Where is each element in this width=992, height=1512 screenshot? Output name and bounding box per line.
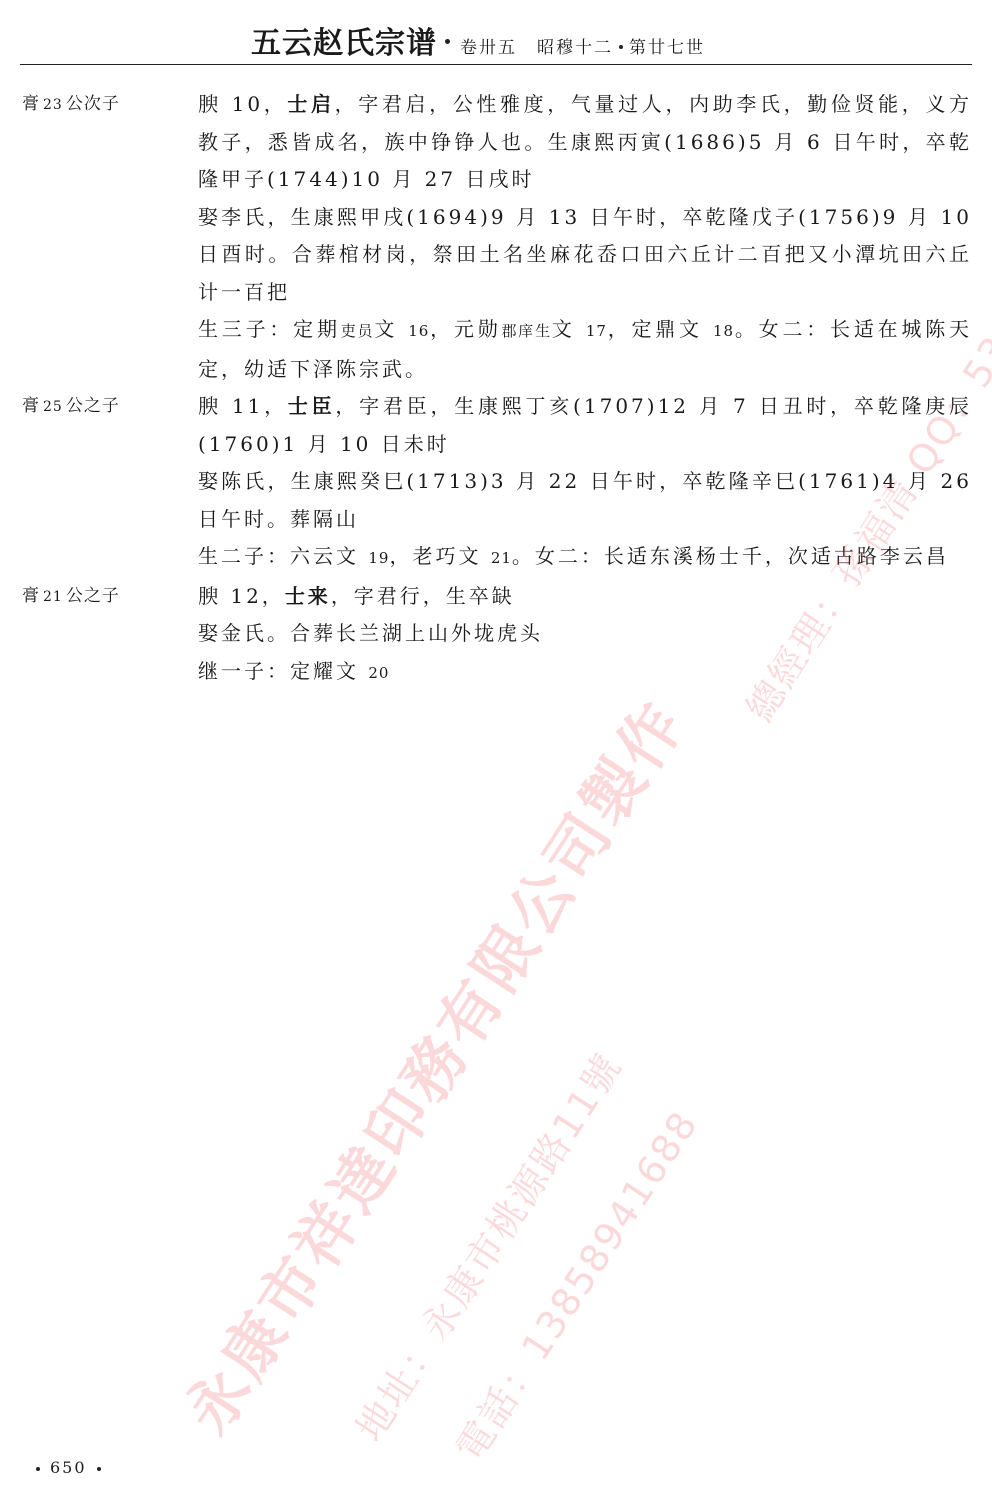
- entry-text: 腴 11，: [198, 394, 288, 418]
- watermark-company: 永康市祥達印務有限公司製作: [160, 680, 702, 1448]
- entry-text: 腴 12，: [198, 584, 285, 608]
- relation-label: 公次子: [66, 94, 120, 114]
- section-label: 昭穆十二: [537, 38, 613, 58]
- entry-paragraph: 腴 11，士臣，字君臣，生康熙丁亥(1707)12 月 7 日丑时，卒乾隆庚辰(…: [198, 388, 972, 463]
- entry-paragraph: 生二子：六云文 19，老巧文 21。女二：长适东溪杨士千，次适古路李云昌: [198, 538, 972, 578]
- entry-text: 21: [491, 549, 512, 567]
- parent-generation-char: 膏: [22, 396, 40, 416]
- relation-label: 公之子: [66, 396, 120, 416]
- person-name: 士启: [287, 92, 334, 116]
- entry-parent-label: 膏25公之子: [0, 388, 198, 578]
- entry-parent-label: 膏21公之子: [0, 578, 198, 693]
- entry-text: 。女二：长适东溪杨士千，次适古路李云昌: [512, 544, 949, 568]
- entry-paragraph: 腴 12，士来，字君行，生卒缺: [198, 578, 972, 616]
- entry-text: 16: [408, 322, 429, 340]
- entry-text: 17: [586, 322, 607, 340]
- entry-paragraph: 腴 10，士启，字君启，公性雅度，气量过人，内助李氏，勤俭贤能，义方教子，悉皆成…: [198, 86, 972, 199]
- book-title: 五云赵氏宗谱: [251, 26, 437, 61]
- entry-body: 腴 12，士来，字君行，生卒缺娶金氏。合葬长兰湖上山外垅虎头继一子：定耀文 20: [198, 578, 972, 693]
- person-name: 士来: [285, 584, 331, 608]
- parent-generation-char: 膏: [22, 94, 40, 114]
- entry-paragraph: 继一子：定耀文 20: [198, 653, 972, 693]
- page-header: 五云赵氏宗谱卷卅五昭穆十二第廿七世: [0, 18, 992, 64]
- entry-text: ，老巧文: [389, 544, 490, 568]
- watermark-address: 地址：永康市桃源路11號: [340, 1041, 632, 1450]
- entry-text: 娶金氏。合葬长兰湖上山外垅虎头: [198, 621, 543, 645]
- entry-text: 娶李氏，生康熙甲戌(1694)9 月 13 日午时，卒乾隆戊子(1756)9 月…: [198, 205, 972, 304]
- genealogy-entry: 膏21公之子腴 12，士来，字君行，生卒缺娶金氏。合葬长兰湖上山外垅虎头继一子：…: [0, 578, 992, 693]
- parent-number: 25: [43, 399, 63, 415]
- entry-text: ，元勋: [429, 317, 501, 341]
- entry-paragraph: 生三子：定期吏员文 16，元勋郡庠生文 17，定鼎文 18。女二：长适在城陈天定…: [198, 311, 972, 388]
- entry-text: 郡庠生: [502, 322, 552, 340]
- entry-text: 吏员: [341, 322, 375, 340]
- entry-text: ，定鼎文: [607, 317, 713, 341]
- entry-body: 腴 11，士臣，字君臣，生康熙丁亥(1707)12 月 7 日丑时，卒乾隆庚辰(…: [198, 388, 972, 578]
- genealogy-entries: 膏23公次子腴 10，士启，字君启，公性雅度，气量过人，内助李氏，勤俭贤能，义方…: [0, 86, 992, 692]
- header-sub-dot: [619, 45, 623, 49]
- entry-paragraph: 娶李氏，生康熙甲戌(1694)9 月 13 日午时，卒乾隆戊子(1756)9 月…: [198, 199, 972, 312]
- entry-text: 18: [713, 322, 734, 340]
- watermark-phone: 電話：13858941688: [440, 1098, 708, 1470]
- entry-text: 娶陈氏，生康熙癸巳(1713)3 月 22 日午时，卒乾隆辛巳(1761)4 月…: [198, 469, 972, 531]
- footer-dot-right: [97, 1467, 101, 1471]
- header-separator-dot: [445, 39, 450, 44]
- entry-body: 腴 10，士启，字君启，公性雅度，气量过人，内助李氏，勤俭贤能，义方教子，悉皆成…: [198, 86, 972, 388]
- entry-text: 文: [374, 317, 408, 341]
- generation-label: 第廿七世: [629, 38, 705, 58]
- person-name: 士臣: [288, 394, 336, 418]
- entry-text: 19: [368, 549, 389, 567]
- parent-number: 21: [43, 589, 63, 605]
- entry-text: 20: [368, 664, 389, 682]
- parent-number: 23: [43, 97, 63, 113]
- entry-text: 腴 10，: [198, 92, 287, 116]
- footer-dot-left: [36, 1467, 40, 1471]
- entry-text: ，字君行，生卒缺: [331, 584, 515, 608]
- page-number: 650: [50, 1458, 87, 1477]
- parent-generation-char: 膏: [22, 586, 40, 606]
- header-rule: [20, 64, 972, 65]
- genealogy-entry: 膏23公次子腴 10，士启，字君启，公性雅度，气量过人，内助李氏，勤俭贤能，义方…: [0, 86, 992, 388]
- entry-text: 生二子：六云文: [198, 544, 368, 568]
- entry-paragraph: 娶陈氏，生康熙癸巳(1713)3 月 22 日午时，卒乾隆辛巳(1761)4 月…: [198, 463, 972, 538]
- entry-paragraph: 娶金氏。合葬长兰湖上山外垅虎头: [198, 615, 972, 653]
- entry-text: 继一子：定耀文: [198, 659, 368, 683]
- page-number-footer: 650: [36, 1458, 111, 1477]
- volume-label: 卷卅五: [460, 38, 517, 58]
- entry-text: 生三子：定期: [198, 317, 341, 341]
- entry-parent-label: 膏23公次子: [0, 86, 198, 388]
- relation-label: 公之子: [66, 586, 120, 606]
- header-subtitle: 卷卅五昭穆十二第廿七世: [460, 38, 705, 58]
- genealogy-entry: 膏25公之子腴 11，士臣，字君臣，生康熙丁亥(1707)12 月 7 日丑时，…: [0, 388, 992, 578]
- entry-text: 文: [552, 317, 586, 341]
